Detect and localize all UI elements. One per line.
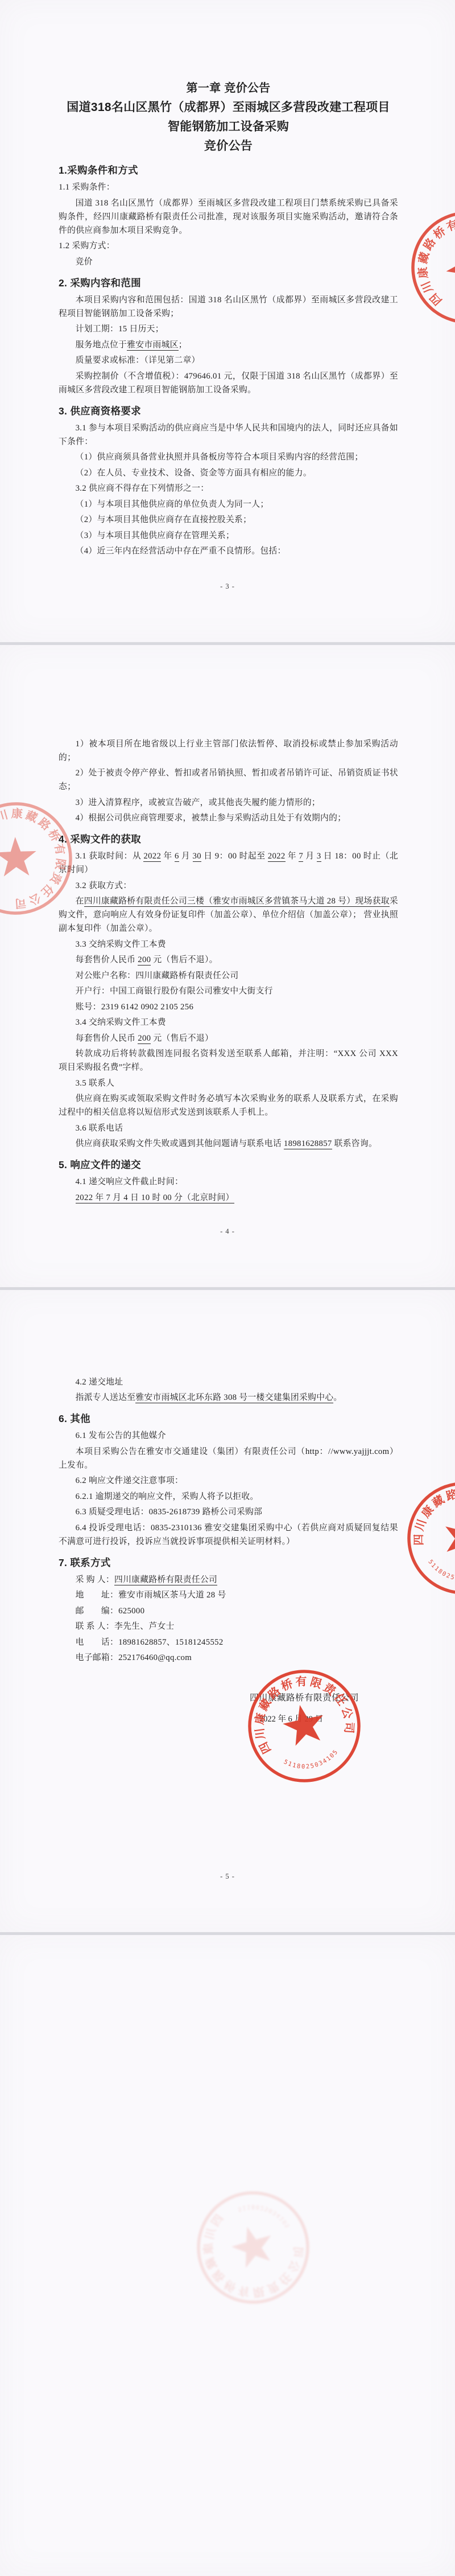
svg-text:5118025034105: 5118025034105	[235, 2196, 296, 2231]
text-line: 3.3 交纳采购文件工本费	[59, 938, 398, 951]
company-seal: 四川康藏路桥有限责任公司 5118025034105	[242, 1663, 367, 1789]
text-line: 6.2 响应文件递交注意事项：	[59, 1474, 398, 1488]
text-line: （2）在人员、专业技术、设备、资金等方面具有相应的能力。	[59, 466, 398, 480]
text-line: 6.4 投诉受理电话：0835-2310136 雅安交建集团采购中心（若供应商对…	[59, 1521, 398, 1548]
page-number: - 4 -	[0, 1227, 455, 1236]
text-line: 每套售价人民币 200 元（售后不退）	[59, 1032, 398, 1045]
page-content: 4.2 递交地址指派专人送达至雅安市雨城区北环东路 308 号一楼交建集团采购中…	[0, 1290, 455, 1665]
text-line: 6.3 质疑受理电话：0835-2618739 路桥公司采购部	[59, 1505, 398, 1519]
page-2: 1）被本项目所在地省级以上行业主管部门依法暂停、取消投标或禁止参加采购活动的；2…	[0, 645, 455, 1287]
text-line: （2）与本项目其他供应商存在直接控股关系；	[59, 513, 398, 527]
text-line: 3.1 获取时间：从 2022 年 6 月 30 日 9：00 时起至 2022…	[59, 849, 398, 877]
section-5-heading: 5. 响应文件的递交	[59, 1157, 398, 1172]
project-subtitle: 智能钢筋加工设备采购	[59, 117, 398, 137]
text-line: （1）与本项目其他供应商的单位负责人为同一人；	[59, 498, 398, 511]
text-line: 邮 编：625000	[59, 1604, 398, 1618]
text-line: 服务地点位于雅安市雨城区；	[59, 338, 398, 352]
section-4-heading: 4. 采购文件的获取	[59, 832, 398, 847]
doc-type-title: 竞价公告	[59, 137, 398, 156]
text-line: 6.1 发布公告的其他媒介	[59, 1429, 398, 1443]
company-seal-ghost: 四川康藏路桥有限责任公司 5118025034105	[191, 2185, 316, 2310]
text-line: 4.2 递交地址	[59, 1375, 398, 1389]
page-4: 四川康藏路桥有限责任公司 5118025034105	[0, 1935, 455, 2576]
text-line: 转款成功后将转款截图连同报名资料发送至联系人邮箱，并注明：“XXX 公司 XXX…	[59, 1047, 398, 1074]
text-line: 3.6 联系电话	[59, 1121, 398, 1135]
text-line: 采 购 人：四川康藏路桥有限责任公司	[59, 1573, 398, 1587]
text-line: 3.5 联系人	[59, 1077, 398, 1090]
project-title: 国道318名山区黑竹（成都界）至雨城区多营段改建工程项目	[59, 98, 398, 117]
text-line: 地 址：雅安市雨城区茶马大道 28 号	[59, 1588, 398, 1602]
svg-text:四川康藏路桥有限责任公司: 四川康藏路桥有限责任公司	[191, 2211, 308, 2310]
page-number: - 3 -	[0, 582, 455, 591]
text-line: 3）进入清算程序，或被宣告破产，或其他丧失履约能力情形的；	[59, 796, 398, 810]
text-line: 国道 318 名山区黑竹（成都界）至雨城区多营段改建工程项目门禁系统采购已具备采…	[59, 196, 398, 237]
text-line: 账号：2319 6142 0902 2105 256	[59, 1000, 398, 1014]
section-2-heading: 2. 采购内容和范围	[59, 276, 398, 290]
text-line: 联 系 人：李先生、芦女士	[59, 1620, 398, 1633]
scanned-document: 第一章 竞价公告国道318名山区黑竹（成都界）至雨城区多营段改建工程项目智能钢筋…	[0, 0, 455, 2576]
text-line: 计划工期：15 日历天；	[59, 322, 398, 336]
text-line: 本项目采购内容和范围包括：国道 318 名山区黑竹（成都界）至雨城区多营段改建工…	[59, 293, 398, 321]
text-line: 3.2 供应商不得存在下列情形之一：	[59, 482, 398, 495]
text-line: 本项目采购公告在雅安市交通建设（集团）有限责任公司（http：//www.yaj…	[59, 1445, 398, 1472]
page-3: 4.2 递交地址指派专人送达至雅安市雨城区北环东路 308 号一楼交建集团采购中…	[0, 1290, 455, 1932]
text-line: 1）被本项目所在地省级以上行业主管部门依法暂停、取消投标或禁止参加采购活动的；	[59, 737, 398, 765]
text-line: 供应商获取采购文件失败或遇到其他问题请与联系电话 18981628857 联系咨…	[59, 1137, 398, 1151]
text-line: （4）近三年内在经营活动中存在严重不良情形。包括：	[59, 544, 398, 558]
text-line: 每套售价人民币 200 元（售后不退）。	[59, 953, 398, 967]
page-1: 第一章 竞价公告国道318名山区黑竹（成都界）至雨城区多营段改建工程项目智能钢筋…	[0, 0, 455, 642]
svg-text:四川康藏路桥有限责任公司: 四川康藏路桥有限责任公司	[243, 1665, 359, 1757]
text-line: 2022 年 7 月 4 日 10 时 00 分（北京时间）	[59, 1191, 398, 1205]
signature-company: 四川康藏路桥有限责任公司	[242, 1691, 367, 1703]
text-line: （1）供应商须具备营业执照并具备板房等符合本项目采购内容的经营范围；	[59, 450, 398, 464]
text-line: 2）处于被责令停产停业、暂扣或者吊销执照、暂扣或者吊销许可证、吊销资质证书状态；	[59, 766, 398, 794]
text-line: 3.2 获取方式：	[59, 879, 398, 893]
section-3-heading: 3. 供应商资格要求	[59, 404, 398, 418]
section-6-heading: 6. 其他	[59, 1411, 398, 1426]
text-line: （3）与本项目其他供应商存在管理关系；	[59, 529, 398, 543]
text-line: 开户行：中国工商银行股份有限公司雅安中大街支行	[59, 984, 398, 998]
text-line: 3.1 参与本项目采购活动的供应商应当是中华人民共和国境内的法人，同时还应具备如…	[59, 421, 398, 449]
text-line: 对公账户名称：四川康藏路桥有限责任公司	[59, 969, 398, 983]
text-line: 质量要求或标准：（详见第二章）	[59, 354, 398, 367]
text-line: 1.1 采购条件：	[59, 180, 398, 194]
text-line: 4）根据公司供应商管理要求，被禁止参与采购活动且处于有效期内的；	[59, 811, 398, 825]
svg-text:5118025034105: 5118025034105	[282, 1747, 342, 1776]
text-line: 采购控制价（不含增值税）：479646.01 元，仅限于国道 318 名山区黑竹…	[59, 369, 398, 397]
signature-date: 2022 年 6 月 29 日	[251, 1712, 331, 1724]
text-line: 1.2 采购方式：	[59, 239, 398, 253]
page-content: 1）被本项目所在地省级以上行业主管部门依法暂停、取消投标或禁止参加采购活动的；2…	[0, 645, 455, 1205]
text-line: 3.4 交纳采购文件工本费	[59, 1016, 398, 1029]
page-content: 第一章 竞价公告国道318名山区黑竹（成都界）至雨城区多营段改建工程项目智能钢筋…	[0, 0, 455, 558]
text-line: 指派专人送达至雅安市雨城区北环东路 308 号一楼交建集团采购中心。	[59, 1391, 398, 1404]
text-line: 4.1 递交响应文件截止时间：	[59, 1175, 398, 1189]
text-line: 电 话：18981628857、15181245552	[59, 1636, 398, 1649]
text-line: 竞价	[59, 255, 398, 269]
text-line: 供应商在购买或领取采购文件时务必填写本次采购业务的联系人及联系方式，在采购过程中…	[59, 1092, 398, 1119]
chapter-title: 第一章 竞价公告	[59, 79, 398, 98]
text-line: 在四川康藏路桥有限责任公司三楼（雅安市雨城区多营镇茶马大道 28 号）现场获取采…	[59, 894, 398, 935]
section-7-heading: 7. 联系方式	[59, 1555, 398, 1570]
text-line: 电子邮箱：252176460@qq.com	[59, 1651, 398, 1665]
section-1-heading: 1.采购条件和方式	[59, 163, 398, 178]
text-line: 6.2.1 逾期递交的响应文件，采购人将予以拒收。	[59, 1490, 398, 1503]
page-number: - 5 -	[0, 1872, 455, 1881]
